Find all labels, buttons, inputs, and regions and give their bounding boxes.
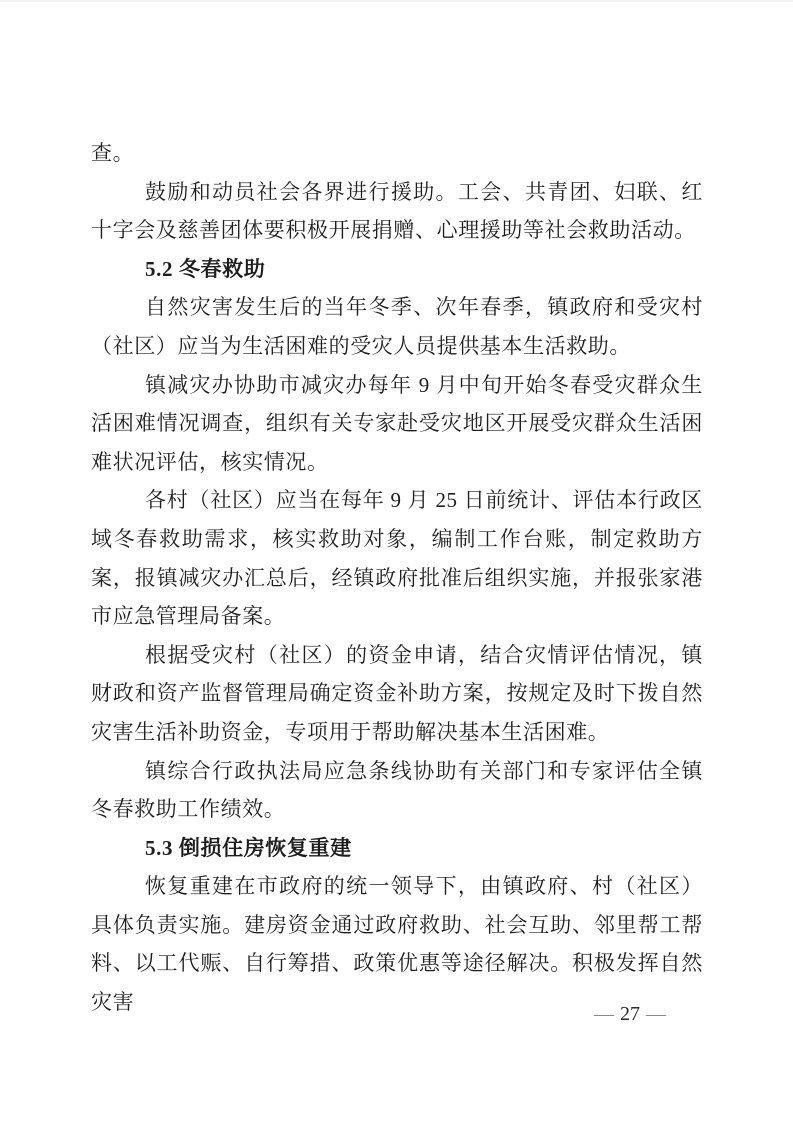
paragraph-social-assistance: 鼓励和动员社会各界进行援助。工会、共青团、妇联、红十字会及慈善团体要积极开展捐赠… [91,173,703,250]
footer-dash-left: — [588,1003,620,1025]
paragraph-village-statistics: 各村（社区）应当在每年 9 月 25 日前统计、评估本行政区域冬春救助需求，核实… [91,481,703,635]
paragraph-performance-evaluation: 镇综合行政执法局应急条线协助有关部门和专家评估全镇冬春救助工作绩效。 [91,752,703,829]
paragraph-survey-assessment: 镇减灾办协助市减灾办每年 9 月中旬开始冬春受灾群众生活困难情况调查，组织有关专… [91,366,703,482]
document-body: 查。 鼓励和动员社会各界进行援助。工会、共青团、妇联、红十字会及慈善团体要积极开… [91,134,703,1022]
footer-dash-right: — [640,1003,672,1025]
paragraph-continuation: 查。 [91,134,703,173]
section-heading-5-2: 5.2 冬春救助 [91,250,703,289]
section-heading-5-3: 5.3 倒损住房恢复重建 [91,829,703,868]
document-page: 查。 鼓励和动员社会各界进行援助。工会、共青团、妇联、红十字会及慈善团体要积极开… [0,0,793,1122]
paragraph-housing-reconstruction: 恢复重建在市政府的统一领导下，由镇政府、村（社区）具体负责实施。建房资金通过政府… [91,867,703,1021]
paragraph-funding-plan: 根据受灾村（社区）的资金申请，结合灾情评估情况，镇财政和资产监督管理局确定资金补… [91,636,703,752]
page-number: 27 [620,1003,640,1025]
page-footer: —27— [588,1002,672,1026]
paragraph-winter-spring-relief-intro: 自然灾害发生后的当年冬季、次年春季，镇政府和受灾村（社区）应当为生活困难的受灾人… [91,288,703,365]
